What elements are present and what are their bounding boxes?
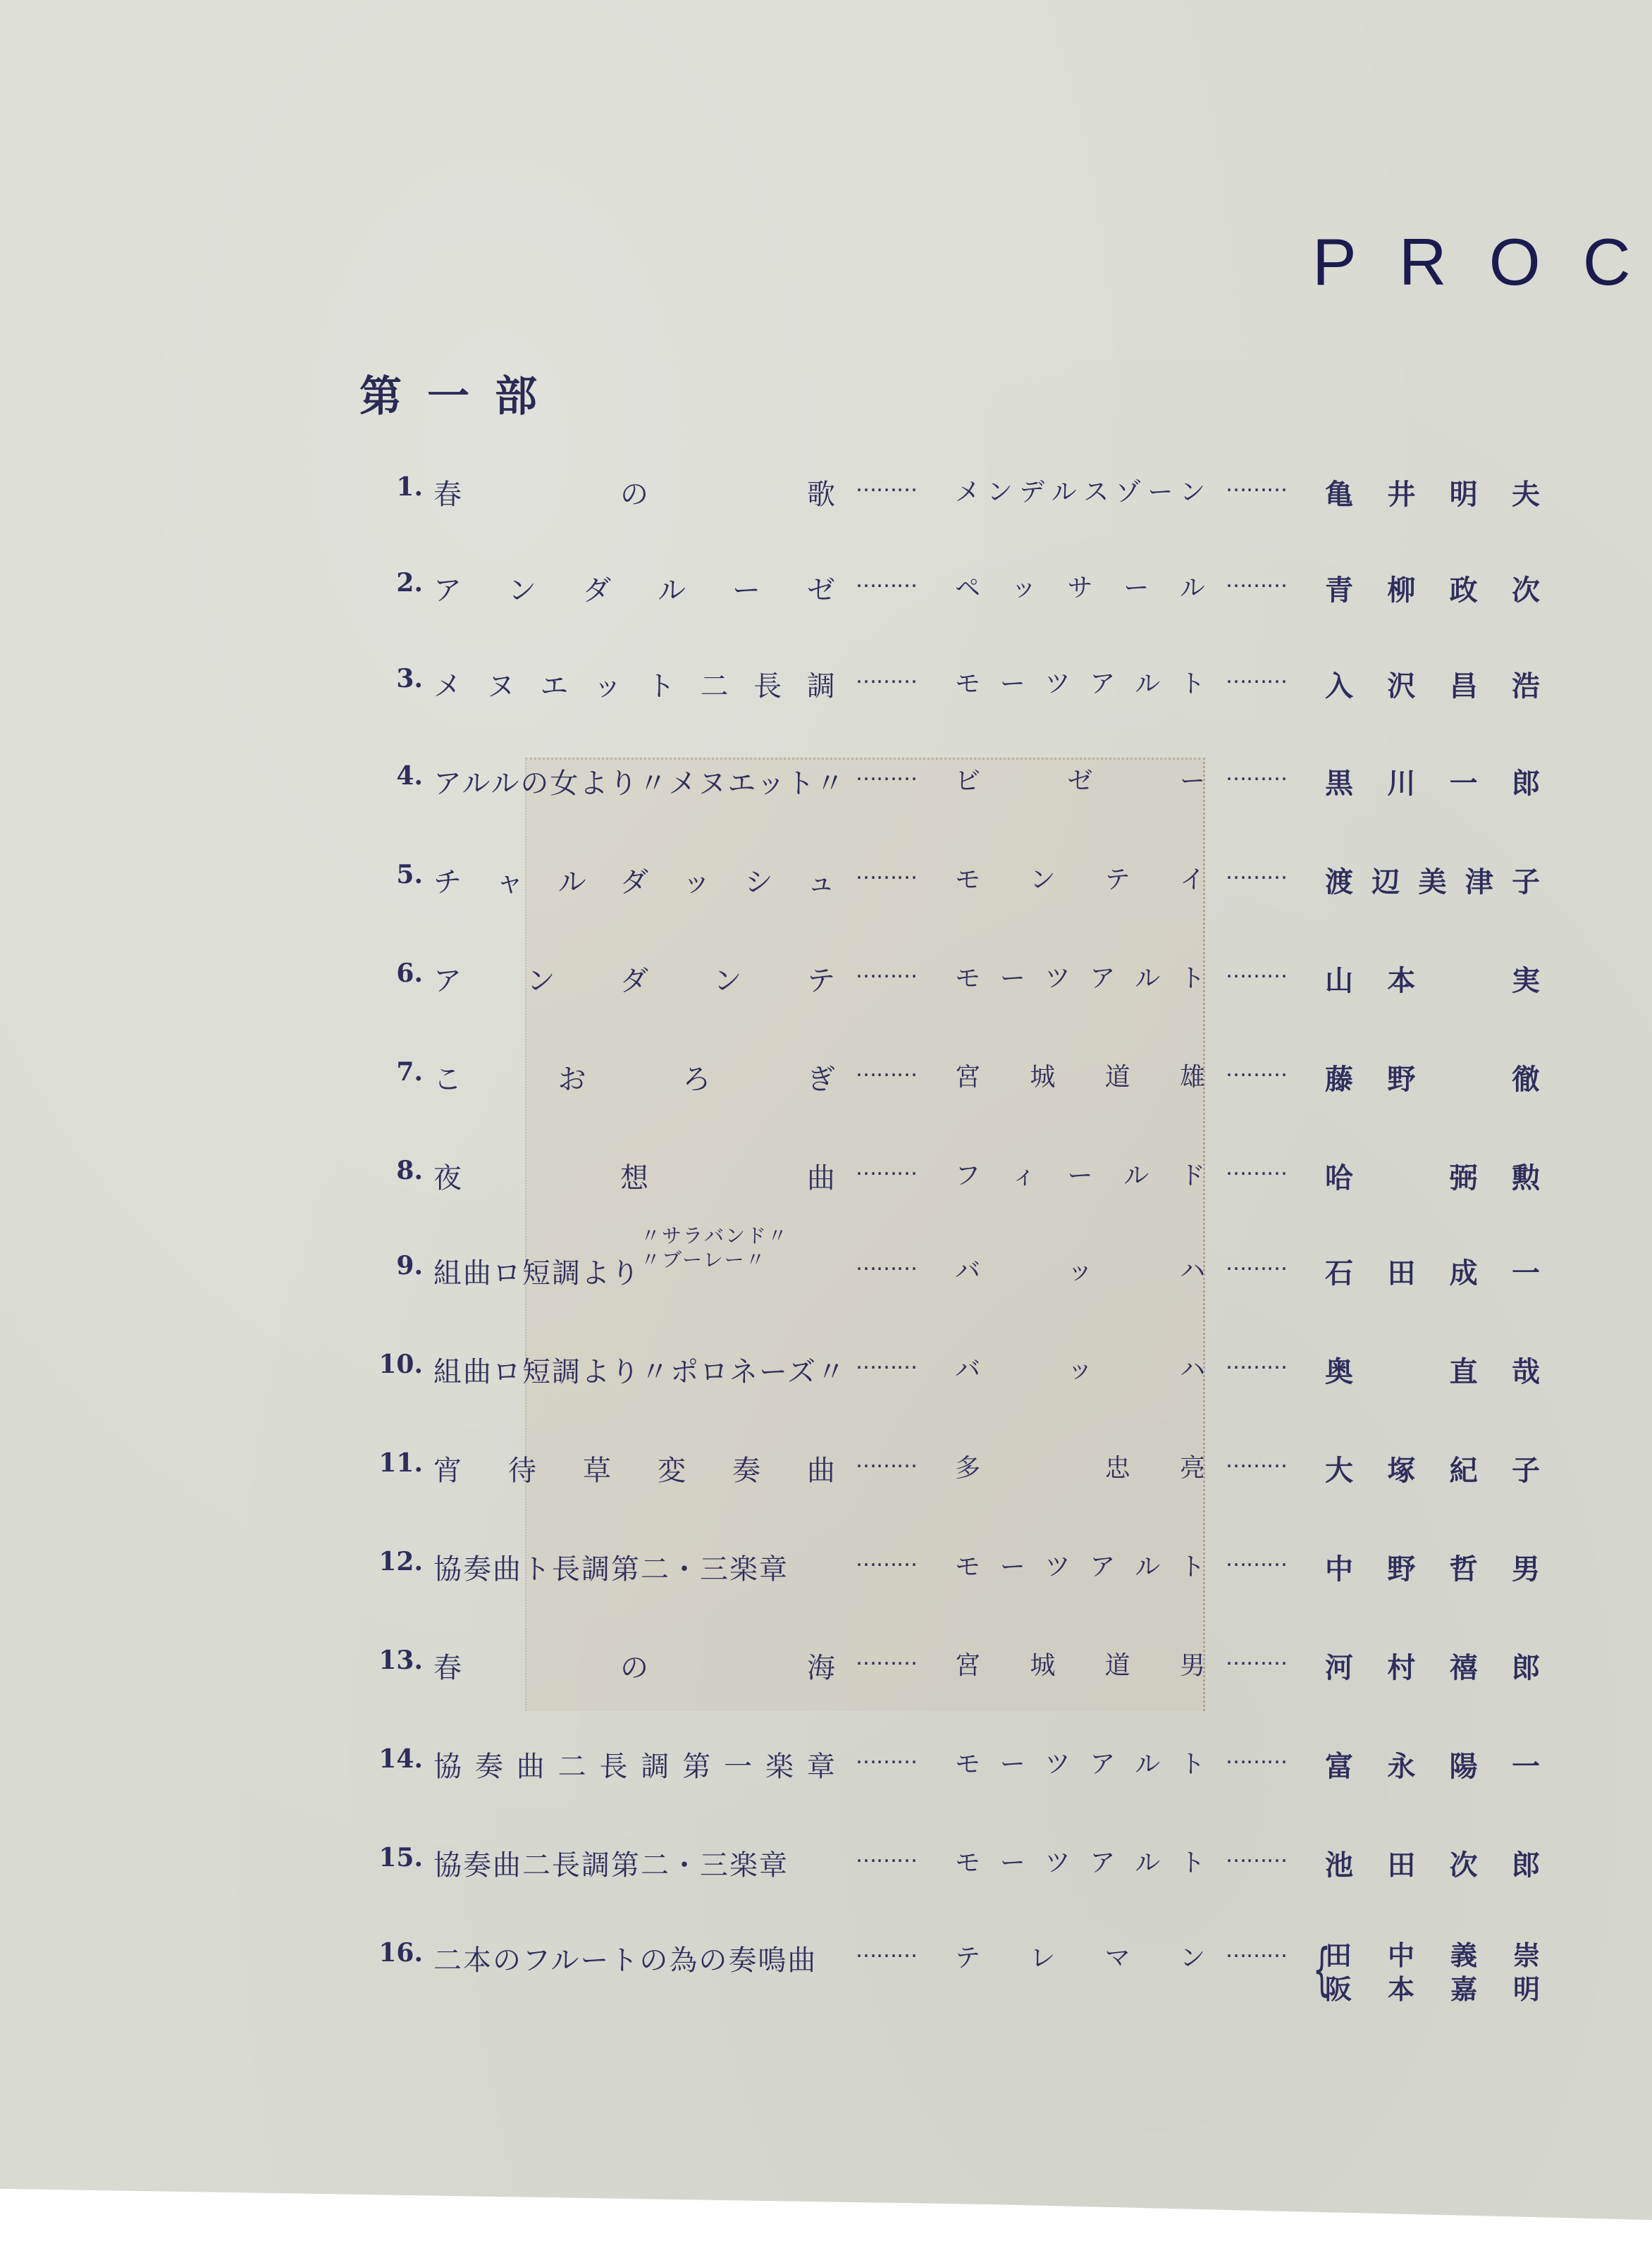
piece-char: 調 [807,664,835,704]
composer-name: モーツアルト [955,1547,1205,1583]
composer-char: 雄 [1180,1057,1205,1093]
piece-char: 春 [433,472,462,512]
piece-title: 宵待草変奏曲 [433,1448,835,1488]
performer-name: 池田次郎 [1325,1843,1540,1883]
composer-char: 城 [1030,1646,1055,1682]
piece-title: 組曲ロ短調より〃サラバンド〃〃ブーレー〃 [433,1251,835,1291]
program-row: 15.協奏曲二長調第二・三楽章………モーツアルト………池田次郎 [352,1843,1551,1892]
composer-char: ス [1083,472,1109,508]
performer-name: 哈 弼勲 [1325,1156,1540,1196]
item-number: 5. [352,860,423,889]
performer-name: 入沢昌浩 [1325,664,1540,704]
item-number: 10. [352,1350,423,1379]
performer-char: 紀 [1450,1448,1478,1488]
performer-char: 富 [1325,1744,1353,1784]
piece-char: ン [527,958,555,999]
program-row: 4.アルルの女より〃メヌエット〃………ビゼー………黒川一郎 [352,761,1551,810]
leader-dots: ……… [1212,1251,1300,1276]
composer-char: バ [955,1350,980,1386]
composer-char: ア [1090,1744,1115,1780]
program-row: 6.アンダンテ………モーツアルト………山本 実 [352,958,1551,1008]
composer-char: ー [1000,958,1025,994]
leader-dots: ……… [842,1057,930,1082]
composer-char: 城 [1030,1057,1055,1093]
performer-name: 奥 直哉 [1325,1350,1540,1390]
performer-char: 河 [1325,1646,1353,1686]
piece-char: 変 [658,1448,686,1488]
composer-char: ド [1180,1156,1205,1192]
piece-char: エ [540,664,568,704]
composer-char: ツ [1045,664,1071,700]
composer-char: テ [955,1938,980,1974]
composer-name: 多 忠亮 [955,1448,1205,1484]
composer-char: モ [955,958,980,994]
performer-char: 田 [1387,1843,1415,1883]
piece-char: 奏 [475,1744,503,1784]
composer-name: メンデルスゾーン [955,472,1205,508]
leader-dots: ……… [842,1744,930,1769]
composer-char: ペ [955,568,980,604]
piece-char: 調 [641,1744,669,1784]
performer-name: 田中義崇 [1325,1934,1540,1973]
piece-char: 協 [433,1744,462,1784]
composer-char: テ [1105,860,1130,896]
piece-text: 組曲ロ短調より〃ポロネーズ〃 [433,1350,846,1390]
composer-char: ア [1090,958,1115,994]
composer-char: ー [1000,1547,1025,1583]
composer-char: モ [955,860,980,896]
program-row: 11.宵待草変奏曲………多 忠亮………大塚紀子 [352,1448,1551,1498]
piece-char: ル [658,568,686,608]
composer-char: ツ [1045,1744,1071,1780]
composer-char: ハ [1180,1350,1205,1386]
piece-char: ヌ [487,664,515,704]
piece-char: お [558,1057,586,1097]
leader-dots: ……… [1212,1547,1300,1572]
composer-char: ー [1000,1744,1025,1780]
program-row: 13.春の海………宮城道男………河村禧郎 [352,1646,1551,1695]
piece-char: ア [433,958,462,999]
piece-char: ア [433,568,462,608]
composer-name: テレマン [955,1938,1205,1974]
composer-char: ル [1135,958,1160,994]
composer-char: モ [955,664,980,700]
composer-char: レ [1030,1938,1055,1974]
performer-char: 子 [1512,1448,1540,1488]
performer-char: 成 [1450,1251,1478,1291]
item-number: 11. [352,1448,423,1478]
leader-dots: ……… [1212,1057,1300,1082]
performer-char: 哲 [1450,1547,1478,1587]
leader-dots: ……… [842,664,930,689]
composer-char: 道 [1105,1057,1130,1093]
section-heading: 第一部 [359,363,562,424]
composer-char: マ [1105,1938,1130,1974]
item-number: 3. [352,664,423,693]
performer-char [1387,1350,1415,1390]
composer-char: ル [1135,664,1160,700]
piece-title: 二本のフルートの為の奏鳴曲 [433,1938,835,1978]
performer-char: 野 [1387,1057,1415,1097]
piece-char: 歌 [807,472,835,512]
leader-dots: ……… [842,860,930,884]
composer-char [1030,1448,1055,1484]
composer-char: フ [955,1156,980,1192]
piece-char: シ [745,860,773,900]
piece-title: アンダルーゼ [433,568,835,608]
composer-char: ル [1135,1843,1160,1879]
leader-dots: ……… [1212,860,1300,884]
composer-name: モーツアルト [955,958,1205,994]
composer-char: ル [1123,1156,1149,1192]
item-number: 16. [352,1938,423,1968]
program-row: 1.春の歌………メンデルスゾーン………亀井明夫 [352,472,1551,522]
composer-char: ル [1135,1547,1160,1583]
piece-title: 春の海 [433,1646,835,1686]
performer-char: 昌 [1450,664,1478,704]
composer-name: モーツアルト [955,1744,1205,1780]
item-number: 6. [352,958,423,988]
piece-char: 曲 [807,1156,835,1196]
performer-char: 阪 [1325,1968,1352,2006]
piece-char: ン [508,568,536,608]
composer-char: ー [1000,1843,1025,1879]
performer-char: 明 [1513,1968,1540,2006]
performer-name: 渡辺美津子 [1325,860,1540,900]
leader-dots: ……… [842,1843,930,1868]
performer-char: 弼 [1450,1156,1478,1196]
program-row: 14.協奏曲二長調第一楽章………モーツアルト………富永陽一 [352,1744,1551,1794]
composer-name: 宮城道男 [955,1646,1205,1682]
piece-char: 楽 [765,1744,794,1784]
performer-name: 大塚紀子 [1325,1448,1540,1488]
leader-dots: ……… [842,1547,930,1572]
item-number: 7. [352,1057,423,1087]
leader-dots: ……… [842,1448,930,1473]
performer-char: 青 [1325,568,1353,608]
leader-dots: ……… [842,1350,930,1374]
piece-title: 春の歌 [433,472,835,512]
performer-name: 山本 実 [1325,958,1540,999]
performer-char: 奥 [1325,1350,1353,1390]
composer-char: ッ [1067,1350,1092,1386]
leader-dots: ……… [842,958,930,983]
item-number: 15. [352,1843,423,1872]
composer-char: 宮 [955,1646,980,1682]
piece-char: 曲 [807,1448,835,1488]
composer-char: モ [955,1547,980,1583]
performer-char: 野 [1387,1547,1415,1587]
composer-char: モ [955,1843,980,1879]
composer-char: ー [1123,568,1149,604]
piece-char: ン [714,958,742,999]
performer-char: 郎 [1512,1646,1540,1686]
performer-char: 夫 [1512,472,1540,512]
performer-char: 美 [1419,860,1447,900]
performer-char: 山 [1325,958,1353,999]
piece-char: ろ [682,1057,710,1097]
piece-title: アンダンテ [433,958,835,999]
piece-title: 協奏曲二長調第二・三楽章 [433,1843,835,1883]
composer-char: 忠 [1105,1448,1130,1484]
piece-char: ぎ [807,1057,835,1097]
composer-char: バ [955,1251,980,1287]
performer-char: 中 [1325,1547,1353,1587]
composer-char: ー [1000,664,1025,700]
piece-char: 海 [807,1646,835,1686]
piece-char: ト [647,664,675,704]
piece-char: 一 [724,1744,752,1784]
leader-dots: ……… [1212,568,1300,593]
composer-char: メ [955,472,980,508]
leader-dots: ……… [1212,1744,1300,1769]
performer-name: 富永陽一 [1325,1744,1540,1784]
performer-char: 一 [1512,1744,1540,1784]
composer-char: ト [1180,1547,1205,1583]
piece-char: 夜 [433,1156,462,1196]
composer-char: ィ [1011,1156,1037,1192]
composer-char: ッ [1067,1251,1092,1287]
composer-char: ア [1090,1843,1115,1879]
piece-char: 待 [508,1448,536,1488]
piece-char: 長 [753,664,782,704]
performer-char: 明 [1450,472,1478,512]
composer-char: ト [1180,1843,1205,1879]
piece-char: 曲 [517,1744,545,1784]
composer-char: ン [1030,860,1055,896]
leader-dots: ……… [1212,1938,1300,1963]
piece-title: チャルダッシュ [433,860,835,900]
program-row: 3.メヌエット二長調………モーツアルト………入沢昌浩 [352,664,1551,713]
performer-char: 沢 [1387,664,1415,704]
piece-char: 第 [682,1744,710,1784]
program-sheet: PROC 第一部 1.春の歌………メンデルスゾーン………亀井明夫2.アンダルーゼ… [0,0,1652,2220]
program-row: 8.夜想曲………フィールド………哈 弼勲 [352,1156,1551,1205]
composer-char: サ [1067,568,1092,604]
piece-char: ダ [620,958,648,999]
performer-char: 黒 [1325,761,1353,801]
performer-name: 中野哲男 [1325,1547,1540,1587]
performer-char: 亀 [1325,472,1353,512]
performer-char: 中 [1388,1934,1414,1973]
performer-char: 入 [1325,664,1353,704]
performer-char [1387,1156,1415,1196]
piece-char: ー [732,568,760,608]
leader-dots: ……… [1212,1350,1300,1374]
composer-name: ペッサール [955,568,1205,604]
performer-char: 義 [1450,1934,1477,1973]
item-number: 1. [352,472,423,502]
composer-name: ビゼー [955,761,1205,797]
performer-char: 禧 [1450,1646,1478,1686]
composer-char: ハ [1180,1251,1205,1287]
performer-char [1450,1057,1478,1097]
performer-char: 渡 [1325,860,1353,900]
piece-char: 二 [701,664,729,704]
performer-name: 青柳政次 [1325,568,1540,608]
composer-char: ツ [1045,1547,1071,1583]
program-row: 12.協奏曲ト長調第二・三楽章………モーツアルト………中野哲男 [352,1547,1551,1596]
piece-char: 春 [433,1646,462,1686]
performer-char: 大 [1325,1448,1353,1488]
movement-name: 〃サラバンド〃 [641,1224,789,1248]
composer-char: デ [1019,472,1044,508]
leader-dots: ……… [1212,472,1300,497]
composer-char: ー [1067,1156,1092,1192]
leader-dots: ……… [1212,958,1300,983]
performer-char: 一 [1512,1251,1540,1291]
leader-dots: ……… [842,568,930,593]
composer-char: ト [1180,958,1205,994]
piece-title: 協奏曲二長調第一楽章 [433,1744,835,1784]
program-row: 7.こおろぎ………宮城道雄………藤野 徹 [352,1057,1551,1106]
leader-dots: ……… [842,1938,930,1963]
piece-char: 宵 [433,1448,462,1488]
item-number: 2. [352,568,423,598]
composer-char: ト [1180,1744,1205,1780]
performer-char: 田 [1387,1251,1415,1291]
leader-dots: ……… [1212,1843,1300,1868]
composer-name: フィールド [955,1156,1205,1192]
piece-char: チ [433,860,462,900]
composer-name: バッハ [955,1350,1205,1386]
performer-char: 辺 [1371,860,1400,900]
performer-char: 川 [1387,761,1415,801]
program-row: 16.二本のフルートの為の奏鳴曲………テレマン………{田中義崇阪本嘉明 [352,1938,1551,1987]
leader-dots: ……… [842,1251,930,1276]
performer-char: 次 [1450,1843,1478,1883]
performer-char: 柳 [1387,568,1415,608]
performer-char [1450,958,1478,999]
piece-title: メヌエット二長調 [433,664,835,704]
piece-char: ダ [583,568,611,608]
program-row: 2.アンダルーゼ………ペッサール………青柳政次 [352,568,1551,617]
performer-char: 田 [1325,1934,1352,1973]
leader-dots: ……… [1212,1156,1300,1180]
piece-char: ッ [682,860,710,900]
performer-char: 嘉 [1450,1968,1477,2006]
piece-char: ッ [593,664,622,704]
piece-title: こおろぎ [433,1057,835,1097]
performer-char: 子 [1512,860,1540,900]
performer-name: 黒川一郎 [1325,761,1540,801]
performer-name: 石田成一 [1325,1251,1540,1291]
performer-name: 亀井明夫 [1325,472,1540,512]
leader-dots: ……… [842,1646,930,1670]
performer-char: 崇 [1513,1934,1540,1973]
leader-dots: ……… [842,472,930,497]
item-number: 14. [352,1744,423,1774]
piece-char: の [620,472,648,512]
performer-char: 哉 [1512,1350,1540,1390]
composer-char: ア [1090,664,1115,700]
composer-char: 道 [1105,1646,1130,1682]
composer-char: ル [1180,568,1205,604]
composer-char: ビ [955,761,980,797]
piece-char: メ [433,664,462,704]
performer-char: 実 [1512,958,1540,999]
performer-char: 塚 [1387,1448,1415,1488]
item-number: 12. [352,1547,423,1576]
performer-char: 永 [1387,1744,1415,1784]
performer-char: 次 [1512,568,1540,608]
performer-char: 哈 [1325,1156,1353,1196]
leader-dots: ……… [1212,1448,1300,1473]
performer-char: 浩 [1512,664,1540,704]
piece-char: テ [807,958,835,999]
composer-char: ン [1180,472,1205,508]
leader-dots: ……… [842,761,930,786]
composer-char: ル [1135,1744,1160,1780]
leader-dots: ……… [1212,664,1300,689]
piece-char: 章 [807,1744,835,1784]
composer-char: 宮 [955,1057,980,1093]
performer-char: 男 [1512,1547,1540,1587]
composer-name: 宮城道雄 [955,1057,1205,1093]
composer-char: 男 [1180,1646,1205,1682]
composer-name: モーツアルト [955,664,1205,700]
piece-char: 二 [558,1744,586,1784]
item-number: 9. [352,1251,423,1281]
composer-char: ル [1052,472,1077,508]
performer-char: 陽 [1450,1744,1478,1784]
performer-char: 本 [1388,1968,1414,2006]
composer-char: ゾ [1116,472,1141,508]
performer-char: 石 [1325,1251,1353,1291]
piece-char: 草 [583,1448,611,1488]
composer-char: ン [987,472,1013,508]
piece-text: 協奏曲二長調第二・三楽章 [433,1843,789,1883]
performer-char: 勲 [1512,1156,1540,1196]
composer-char: イ [1180,860,1205,896]
composer-char: ー [1147,472,1173,508]
piece-text: 協奏曲ト長調第二・三楽章 [433,1547,789,1587]
performer-char: 井 [1387,472,1415,512]
piece-char: ャ [495,860,524,900]
piece-text: 二本のフルートの為の奏鳴曲 [433,1938,817,1978]
piece-char: 奏 [732,1448,760,1488]
performer-char: 一 [1450,761,1478,801]
movement-name: 〃ブーレー〃 [641,1248,789,1272]
performer-name: 藤野 徹 [1325,1057,1540,1097]
piece-text: 組曲ロ短調より [433,1251,641,1291]
program-row: 10.組曲ロ短調より〃ポロネーズ〃………バッハ………奥 直哉 [352,1350,1551,1399]
piece-char: ゼ [807,568,835,608]
piece-title: アルルの女より〃メヌエット〃 [433,761,835,801]
piece-title: 夜想曲 [433,1156,835,1196]
composer-char: ト [1180,664,1205,700]
performer-pair: {田中義崇阪本嘉明 [1304,1938,1543,2009]
item-number: 13. [352,1646,423,1675]
piece-char: ュ [807,860,835,900]
program-row: 5.チャルダッシュ………モンテイ………渡辺美津子 [352,860,1551,909]
piece-char: こ [433,1057,462,1097]
piece-movements: 〃サラバンド〃〃ブーレー〃 [641,1224,789,1291]
leader-dots: ……… [1212,761,1300,786]
leader-dots: ……… [1212,1646,1300,1670]
piece-char: ル [558,860,586,900]
piece-title: 協奏曲ト長調第二・三楽章 [433,1547,835,1587]
piece-char: ダ [620,860,648,900]
composer-char: ゼ [1067,761,1092,797]
composer-name: モンテイ [955,860,1205,896]
composer-char: ツ [1045,958,1071,994]
performer-char: 郎 [1512,761,1540,801]
composer-name: モーツアルト [955,1843,1205,1879]
performer-char: 政 [1450,568,1478,608]
composer-char: 多 [955,1448,980,1484]
performer-char: 郎 [1512,1843,1540,1883]
